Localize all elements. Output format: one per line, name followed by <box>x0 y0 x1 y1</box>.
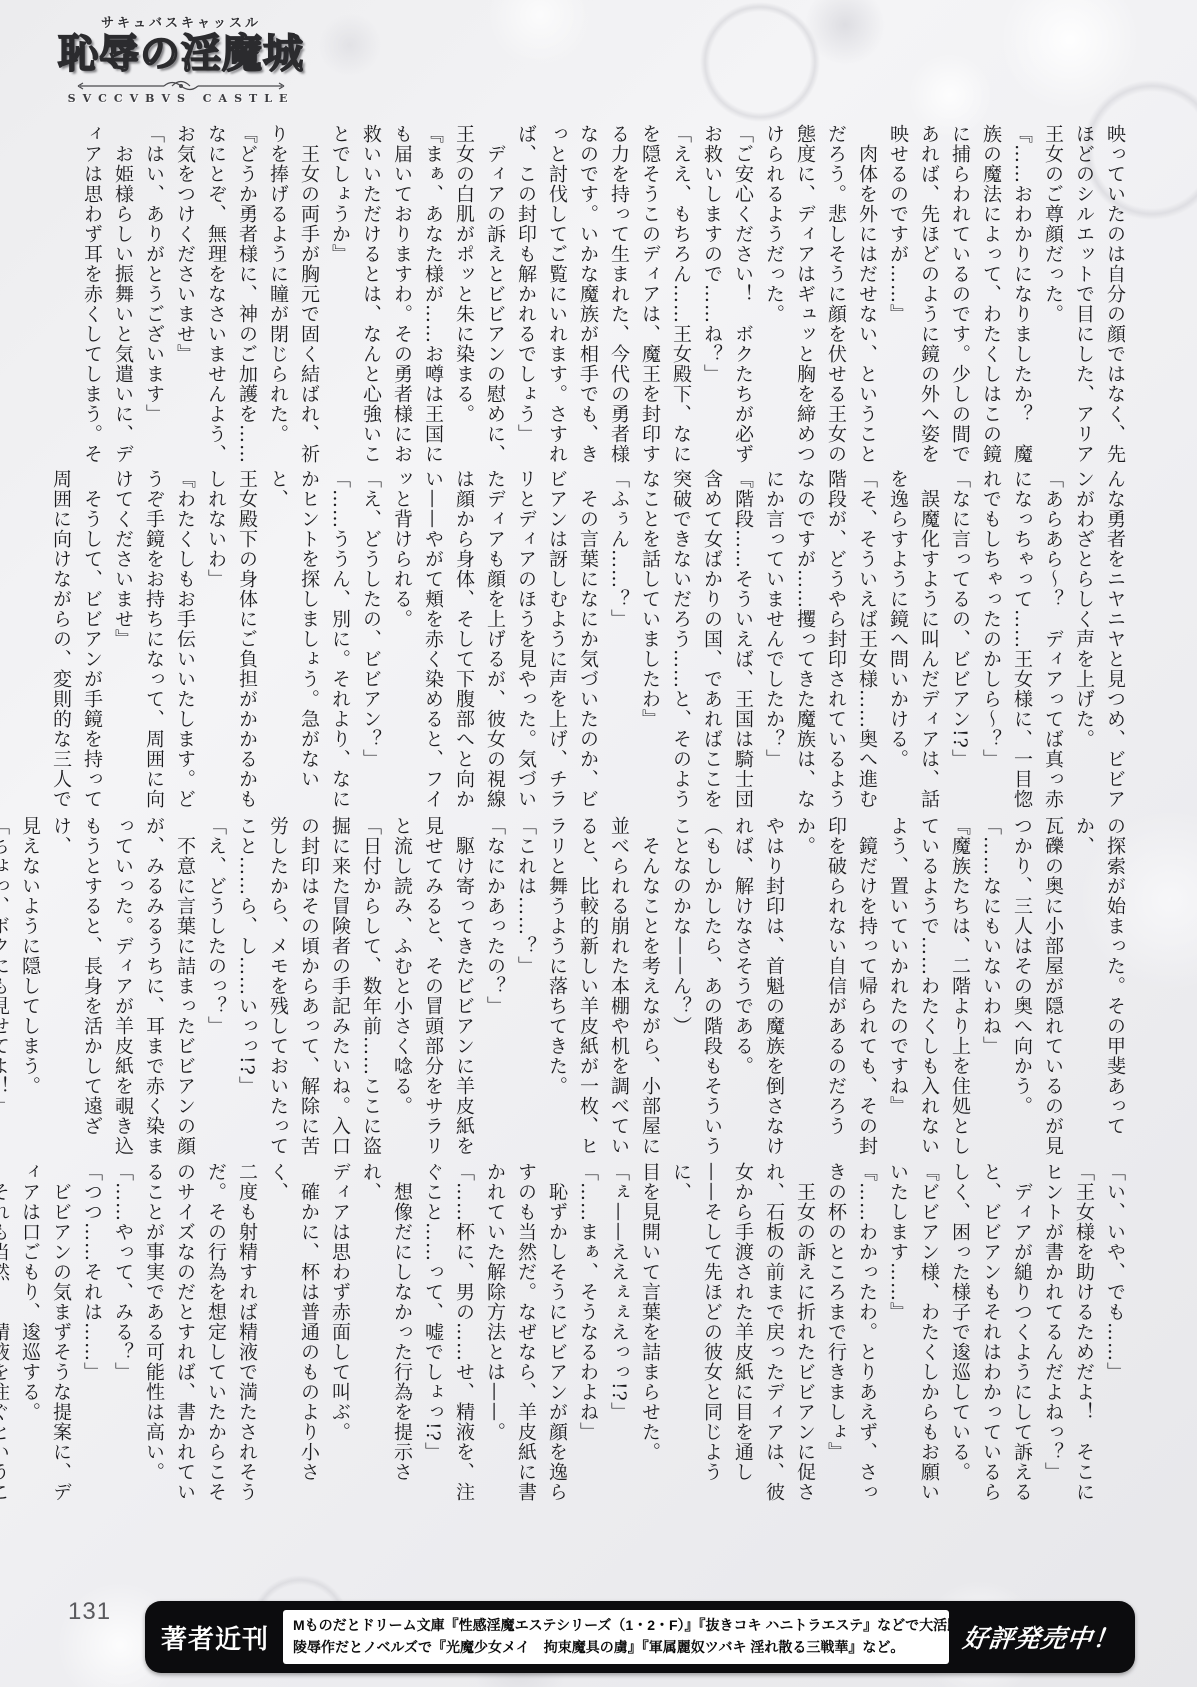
text-column: いたします……』 <box>882 1162 913 1506</box>
text-column: 鏡だけを持って帰られても、その封 <box>851 816 882 1160</box>
text-column: 王女殿下の身体にご負担がかかるかも <box>231 469 262 813</box>
text-column: リとディアのほうを見やった。気づい <box>510 469 541 813</box>
text-column: る力を持って生まれた、今代の勇者様 <box>603 124 634 468</box>
text-column: ——そして先ほどの彼女と同じように、 <box>665 1162 727 1506</box>
banner-line-1: Mものだとドリーム文庫『性感淫魔エステシリーズ（1・2・F）』『抜きコキ ハニト… <box>293 1615 939 1637</box>
text-column: お姫様らしい振舞いと気遣いに、デ <box>107 124 138 468</box>
text-column: 掘に来た冒険者の手記みたいね。入口 <box>324 816 355 1160</box>
text-column: ると、比較的新しい羊皮紙が一枚、ヒ <box>572 816 603 1160</box>
novel-text-row-4: 「い、いや、でも……」「王女様を助けるためだよ！ そこにヒントが書かれてるんだよ… <box>0 1162 1130 1506</box>
text-column: ことなのかな——ん？） <box>665 816 696 1160</box>
text-column: 「なに言ってるの、ビビアン!?」 <box>944 469 975 813</box>
banner-on-sale-text: 好評発売中！ <box>961 1619 1121 1655</box>
text-column: 族の魔法によって、わたくしはこの鏡 <box>975 124 1006 468</box>
text-column: すのも当然だ。なぜなら、羊皮紙に書 <box>510 1162 541 1506</box>
text-column: きの杯のところまで行きましょ』 <box>820 1162 851 1506</box>
text-column: 「ぇ——ええぇぇえっっ!?」 <box>603 1162 634 1506</box>
text-column: ディアの訴えとビビアンの慰めに、 <box>479 124 510 468</box>
page-number: 131 <box>68 1598 111 1626</box>
text-column: だろう。悲しそうに顔を伏せる王女の <box>820 124 851 468</box>
text-column: けられるようだった。 <box>758 124 789 468</box>
text-column: ビアンは訝しむように声を上げ、チラ <box>541 469 572 813</box>
text-column: 『まぁ、あなた様が……お噂は王国に <box>417 124 448 468</box>
text-column: そうして、ビビアンが手鏡を持って <box>76 469 107 813</box>
text-column: 『ビビアン様、わたくしからもお願い <box>913 1162 944 1506</box>
magazine-page: サキュバスキャッスル 恥辱の淫魔城 SVCCVBVS CASTLE 映っていたの… <box>0 0 1197 1687</box>
text-column: やはり封印は、首魁の魔族を倒さなけ <box>758 816 789 1160</box>
text-column: あれば、先ほどのように鏡の外へ姿を <box>913 124 944 468</box>
text-column: 『どうか勇者様に、神のご加護を…… <box>231 124 262 468</box>
text-column: 映っていたのは自分の顔ではなく、先 <box>1099 124 1130 468</box>
text-column: 『……わかったわ。とりあえず、さっ <box>851 1162 882 1506</box>
text-column: 労したから、メモを残しておいたって <box>262 816 293 1160</box>
text-column: 「なにかあったの？」 <box>479 816 510 1160</box>
text-column: 「日付からして、数年前……ここに盗 <box>355 816 386 1160</box>
text-column: 含めて女ばかりの国、であればここを <box>696 469 727 813</box>
text-column: 王女のご尊顔だった。 <box>1037 124 1068 468</box>
text-column: っていった。ディアが羊皮紙を覗き込 <box>107 816 138 1160</box>
text-column: 『わたくしもお手伝いいたします。ど <box>169 469 200 813</box>
text-column: 「つつ……それは……」 <box>76 1162 107 1506</box>
author-books-banner: 著者近刊 Mものだとドリーム文庫『性感淫魔エステシリーズ（1・2・F）』『抜きコ… <box>145 1601 1135 1673</box>
text-column: しれないわ」 <box>200 469 231 813</box>
text-column: お気をつけくださいませ』 <box>169 124 200 468</box>
banner-book-list: Mものだとドリーム文庫『性感淫魔エステシリーズ（1・2・F）』『抜きコキ ハニト… <box>283 1610 949 1664</box>
text-column: と、ビビアンもそれはわかっているら <box>975 1162 1006 1506</box>
text-column: つかり、三人はその奥へ向かう。 <box>1006 816 1037 1160</box>
text-column: 見えないように隠してしまう。 <box>14 816 45 1160</box>
text-column: んな勇者をニヤニヤと見つめ、ビビア <box>1099 469 1130 813</box>
text-column: 階段が、どうやら封印されているよう <box>820 469 851 813</box>
text-column: 二度も射精すれば精液で満たされそう <box>231 1162 262 1506</box>
text-column: 「ちょっ、ボクにも見せてよ！」 <box>0 816 14 1160</box>
text-column: 恥ずかしそうにビビアンが顔を逸ら <box>541 1162 572 1506</box>
text-column: 「これは……？」 <box>510 816 541 1160</box>
novel-text-row-2: んな勇者をニヤニヤと見つめ、ビビアンがわざとらしく声を上げた。「あらあら～？ デ… <box>45 469 1130 813</box>
text-column: ることが事実である可能性は高い。 <box>138 1162 169 1506</box>
logo-subtitle: SVCCVBVS CASTLE <box>58 92 304 105</box>
text-column: こと……ら、し……いっっ!?」 <box>231 816 262 1160</box>
text-column: 「い、いや、でも……」 <box>1099 1162 1130 1506</box>
text-column: かヒントを探しましょう。急がないと、 <box>262 469 324 813</box>
text-column: お救いしますので……ね？」 <box>696 124 727 468</box>
text-column: のサイズなのだとすれば、書かれてい <box>169 1162 200 1506</box>
text-column: にか言っていませんでしたか？」 <box>758 469 789 813</box>
text-column: の探索が始まった。その甲斐あってか、 <box>1068 816 1130 1160</box>
text-column: 「ふぅん……？」 <box>603 469 634 813</box>
text-column: い——やがて頬を赤く染めると、フイ <box>417 469 448 813</box>
text-column: 印を破られない自信があるのだろうか。 <box>789 816 851 1160</box>
text-column: それも当然——精液を注ぐというこ <box>0 1162 14 1506</box>
text-column: とでしょうか』 <box>324 124 355 468</box>
flourish-ornament-icon <box>76 78 286 92</box>
text-column: 「ご安心ください！ ボクたちが必ず <box>727 124 758 468</box>
text-column: ば、この封印も解かれるでしょう」 <box>510 124 541 468</box>
text-column: っと討伐してご覧にいれます。さすれ <box>541 124 572 468</box>
text-column: れでもしちゃったのかしら～？」 <box>975 469 1006 813</box>
text-column: けてくださいませ』 <box>107 469 138 813</box>
text-column: 想像だにしなかった行為を提示され、 <box>355 1162 417 1506</box>
text-column: 目を見開いて言葉を詰まらせた。 <box>634 1162 665 1506</box>
text-column: 「……ううん、別に。それより、なに <box>324 469 355 813</box>
text-column: 並べられる崩れた本棚や机を調べてい <box>603 816 634 1160</box>
text-column: ラリと舞うように落ちてきた。 <box>541 816 572 1160</box>
text-column: と流し読み、ふむと小さく唸る。 <box>386 816 417 1160</box>
text-column: 「あらあら～？ ディアってば真っ赤 <box>1037 469 1068 813</box>
text-column: が、みるみるうちに、耳まで赤く染ま <box>138 816 169 1160</box>
text-column: 「え、どうしたの、ビビアン？」 <box>355 469 386 813</box>
text-column: 不意に言葉に詰まったビビアンの顔 <box>169 816 200 1160</box>
text-column: ィアは思わず耳を赤くしてしまう。そ <box>76 124 107 468</box>
text-column: 「ええ、もちろん……王女殿下、なに <box>665 124 696 468</box>
text-column: 女から手渡された羊皮紙に目を通し <box>727 1162 758 1506</box>
text-column: 突破できないだろう……と、そのよう <box>665 469 696 813</box>
text-column: よう、置いていかれたのですね』 <box>882 816 913 1160</box>
text-column: も届いておりますわ。その勇者様にお <box>386 124 417 468</box>
text-column: 誤魔化すように叫んだディアは、話 <box>913 469 944 813</box>
text-column: 王女の白肌がポッと朱に染まる。 <box>448 124 479 468</box>
text-column: かれていた解除方法とは——。 <box>479 1162 510 1506</box>
text-column: なのです。いかな魔族が相手でも、き <box>572 124 603 468</box>
text-column: たディアも顔を上げるが、彼女の視線 <box>479 469 510 813</box>
novel-text-row-1: 映っていたのは自分の顔ではなく、先ほどのシルエットで目にした、アリア王女のご尊顔… <box>76 124 1130 468</box>
text-column: そんなことを考えながら、小部屋に <box>634 816 665 1160</box>
logo-furigana: サキュバスキャッスル <box>58 12 304 31</box>
text-column: れば、解けなさそうである。 <box>727 816 758 1160</box>
text-column: に捕らわれているのです。少しの間で <box>944 124 975 468</box>
text-column: ヒントが書かれてるんだよねっ？」 <box>1037 1162 1068 1506</box>
text-column: 「……杯に、男の……せ、精液を、注 <box>448 1162 479 1506</box>
text-column: なにとぞ、無理をなさいませんよう、 <box>200 124 231 468</box>
series-logo: サキュバスキャッスル 恥辱の淫魔城 SVCCVBVS CASTLE <box>58 12 304 105</box>
text-column: 『階段……そういえば、王国は騎士団 <box>727 469 758 813</box>
text-column: 王女の訴えに折れたビビアンに促さ <box>789 1162 820 1506</box>
text-column: の封印はその頃からあって、解除に苦 <box>293 816 324 1160</box>
text-column: 王女の両手が胸元で固く結ばれ、祈 <box>293 124 324 468</box>
text-column: 瓦礫の奥に小部屋が隠れているのが見 <box>1037 816 1068 1160</box>
text-column: 「そ、そういえば王女様……奥へ進む <box>851 469 882 813</box>
text-column: しく、困った様子で逡巡している。 <box>944 1162 975 1506</box>
text-column: ぐこと……って、嘘でしょっ!?」 <box>417 1162 448 1506</box>
text-column: （もしかしたら、あの階段もそういう <box>696 816 727 1160</box>
text-column: 「え、どうしたのっ？」 <box>200 816 231 1160</box>
text-column: 態度に、ディアはギュッと胸を締めつ <box>789 124 820 468</box>
novel-text-row-3: の探索が始まった。その甲斐あってか、瓦礫の奥に小部屋が隠れているのが見つかり、三… <box>0 816 1130 1160</box>
text-column: ディアは思わず赤面して叫ぶ。 <box>324 1162 355 1506</box>
text-column: を隠そうこのディアは、魔王を封印す <box>634 124 665 468</box>
text-column: りを捧げるように瞳が閉じられた。 <box>262 124 293 468</box>
text-column: 周囲に向けながらの、変則的な三人で <box>45 469 76 813</box>
text-column: もうとすると、長身を活かして遠ざけ、 <box>45 816 107 1160</box>
text-column: 「はい、ありがとうございます」 <box>138 124 169 468</box>
text-column: 『魔族たちは、二階より上を住処とし <box>944 816 975 1160</box>
text-column: 「……やって、みる？」 <box>107 1162 138 1506</box>
text-column: ィアは口ごもり、逡巡する。 <box>14 1162 45 1506</box>
text-column: ディアが縋りつくようにして訴える <box>1006 1162 1037 1506</box>
text-column: 「……なにもいないわね」 <box>975 816 1006 1160</box>
text-column: ンがわざとらしく声を上げた。 <box>1068 469 1099 813</box>
text-column: その言葉になにか気づいたのか、ビ <box>572 469 603 813</box>
text-column: だ。その行為を想定していたからこそ <box>200 1162 231 1506</box>
text-column: 「王女様を助けるためだよ！ そこに <box>1068 1162 1099 1506</box>
text-column: ビビアンの気まずそうな提案に、デ <box>45 1162 76 1506</box>
logo-title: 恥辱の淫魔城 <box>58 32 304 76</box>
text-column: 映せるのですが……』 <box>882 124 913 468</box>
text-column: ているようで……わたくしも入れない <box>913 816 944 1160</box>
text-column: ッと背けられる。 <box>386 469 417 813</box>
text-column: なことを話していましたわ』 <box>634 469 665 813</box>
text-column: 救いいただけるとは、なんと心強いこ <box>355 124 386 468</box>
text-column: 駆け寄ってきたビビアンに羊皮紙を <box>448 816 479 1160</box>
text-column: 見せてみると、その冒頭部分をサラリ <box>417 816 448 1160</box>
text-column: を逸らすように鏡へ問いかける。 <box>882 469 913 813</box>
banner-line-2: 陵辱作だとノベルズで『光魔少女メイ 拘束魔具の虜』『軍属麗奴ツバキ 淫れ散る三戦… <box>293 1637 939 1659</box>
text-column: うぞ手鏡をお持ちになって、周囲に向 <box>138 469 169 813</box>
text-column: なのですが……攫ってきた魔族は、な <box>789 469 820 813</box>
text-column: 確かに、杯は普通のものより小さく、 <box>262 1162 324 1506</box>
text-column: 「……まぁ、そうなるわよね」 <box>572 1162 603 1506</box>
banner-label: 著者近刊 <box>161 1619 269 1656</box>
text-column: になっちゃって……王女様に、一目惚 <box>1006 469 1037 813</box>
text-column: 『……おわかりになりましたか？ 魔 <box>1006 124 1037 468</box>
text-column: ほどのシルエットで目にした、アリア <box>1068 124 1099 468</box>
text-column: 肉体を外にはだせない、ということ <box>851 124 882 468</box>
text-column: れ、石板の前まで戻ったディアは、彼 <box>758 1162 789 1506</box>
text-column: は顔から身体、そして下腹部へと向か <box>448 469 479 813</box>
